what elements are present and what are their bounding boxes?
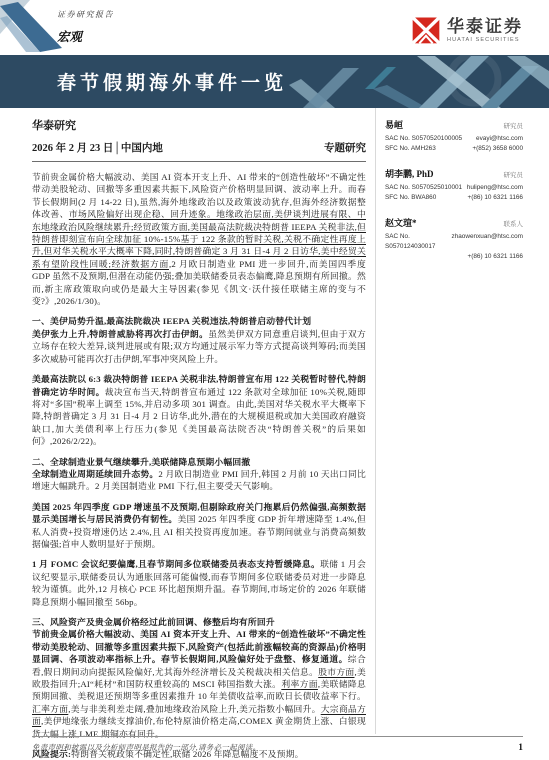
brand-name-en: HUATAI SECURITIES — [447, 37, 523, 43]
paragraph: 1 月 FOMC 会议纪要偏鹰,且春节期间多位联储委员表态支持暂缓降息。联储 1… — [32, 558, 366, 608]
analyst-sfc: SFC No. AMH263 — [385, 144, 436, 154]
paragraph: 美国 2025 年四季度 GDP 增速虽不及预期,但剔除政府关门拖累后仍然偏强,… — [32, 501, 366, 551]
analyst-phone: +(852) 3658 6000 — [472, 144, 523, 154]
abstract-body: 节前贵金属价格大幅波动、美国 AI 资本开支上升、AI 带来的“创造性破坏”不确… — [32, 171, 366, 760]
analyst-role: 研究员 — [504, 121, 524, 130]
analyst-phone: +(86) 10 6321 1166 — [468, 252, 524, 262]
section-heading: 三、风险资产及贵金属价格经过此前回调、修整后均有所回升 — [32, 616, 366, 628]
analyst-sac: SAC No. S0570124030017 — [385, 232, 452, 252]
report-date: 2026 年 2 月 23 日│中国内地 — [32, 140, 163, 155]
date-row: 2026 年 2 月 23 日│中国内地 专题研究 — [32, 140, 366, 162]
huatai-logo-icon — [411, 15, 441, 45]
report-page: 证券研究报告 宏观 华泰证券 HUATAI SECURITIES 春节假期海外事… — [0, 0, 549, 760]
report-category: 宏观 — [57, 27, 114, 45]
analyst-name: 胡李鹏, PhD — [385, 167, 434, 180]
paragraph: 全球制造业周期延续回升态势。2 月欧日制造业 PMI 回升,韩国 2 月前 10… — [32, 468, 366, 493]
huatai-logo: 华泰证券 HUATAI SECURITIES — [411, 15, 523, 45]
page-footer: 免责声明和披露以及分析师声明是报告的一部分,请务必一起阅读。 1 — [32, 736, 523, 753]
title-banner: 春节假期海外事件一览 — [0, 55, 549, 108]
paragraph: 美最高法院以 6:3 裁决特朗普 IEEPA 关税非法,特朗普宣布用 122 关… — [32, 373, 366, 447]
disclaimer: 免责声明和披露以及分析师声明是报告的一部分,请务必一起阅读。 — [32, 742, 260, 753]
abstract-column: 华泰研究 2026 年 2 月 23 日│中国内地 专题研究 节前贵金属价格大幅… — [32, 108, 366, 734]
report-title: 春节假期海外事件一览 — [57, 68, 287, 95]
analyst-card: 胡李鹏, PhD 研究员 SAC No. S0570525010001 huli… — [385, 167, 523, 203]
section-heading: 一、美伊局势升温,最高法院裁决 IEEPA 关税违法,特朗普启动替代计划 — [32, 315, 366, 327]
section-heading: 二、全球制造业景气继续攀升,美联储降息预期小幅回撤 — [32, 456, 366, 468]
analyst-name: 赵文瑄* — [385, 216, 417, 229]
paragraph: 节前贵金属价格大幅波动、美国 AI 资本开支上升、AI 带来的“创造性破坏”不确… — [32, 628, 366, 740]
doc-type-label: 专题研究 — [324, 140, 366, 155]
paragraph: 美伊张力上升,特朗普威胁将再次打击伊朗。虽然美伊双方同意重启谈判,但由于双方立场… — [32, 328, 366, 365]
research-brand: 华泰研究 — [32, 117, 366, 133]
analyst-sac: SAC No. S0570525010001 — [385, 183, 462, 193]
analyst-sidebar: 易峘 研究员 SAC No. S0570520100005 evayi@htsc… — [375, 108, 523, 734]
report-type-label: 证券研究报告 — [57, 9, 114, 20]
analyst-card: 易峘 研究员 SAC No. S0570520100005 evayi@htsc… — [385, 118, 523, 154]
page-number: 1 — [518, 743, 523, 753]
analyst-phone: +(86) 10 6321 1166 — [468, 193, 524, 203]
analyst-role: 联系人 — [504, 219, 524, 228]
analyst-name: 易峘 — [385, 118, 403, 131]
analyst-email[interactable]: zhaowenxuan@htsc.com — [452, 232, 524, 252]
analyst-email[interactable]: evayi@htsc.com — [476, 134, 523, 144]
banner-decoration — [269, 55, 549, 108]
paragraph: 节前贵金属价格大幅波动、美国 AI 资本开支上升、AI 带来的“创造性破坏”不确… — [32, 171, 366, 307]
brand-name-cn: 华泰证券 — [447, 18, 523, 35]
analyst-card: 赵文瑄* 联系人 SAC No. S0570124030017 zhaowenx… — [385, 216, 523, 262]
analyst-sac: SAC No. S0570520100005 — [385, 134, 462, 144]
analyst-sfc: SFC No. BWA860 — [385, 193, 436, 203]
analyst-role: 研究员 — [504, 170, 524, 179]
analyst-email[interactable]: hulipeng@htsc.com — [467, 183, 523, 193]
corner-ribbon-decoration — [0, 0, 64, 54]
